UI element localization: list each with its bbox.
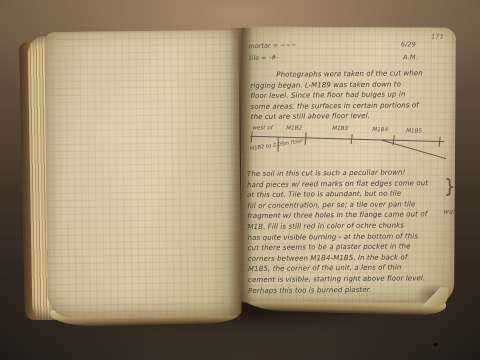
diagram-label: M1B2 (286, 126, 302, 132)
margin-brace: } (444, 176, 456, 198)
legend-tile: tile = -#- (249, 52, 297, 65)
margin-note: wall (444, 209, 457, 216)
legend-mortar: mortar = ~~~ (248, 40, 296, 53)
diagram-annotation: M1B2 to 2.05m floor (250, 138, 304, 152)
symbol-legend: mortar = ~~~ tile = -#- (248, 40, 296, 65)
table-speck (433, 342, 439, 347)
right-page: 171 6/29 A.M. mortar = ~~~ tile = -#- Ph… (240, 26, 456, 303)
section-sketch: west of M1B2 M1B3 M1B4 M1B5 M1B2 to 2.05… (244, 120, 452, 165)
diagram-label: M1B4 (372, 127, 388, 133)
date-note: 6/29 (401, 40, 416, 48)
meridiem-note: A.M. (403, 53, 418, 61)
left-page-blank (44, 30, 241, 318)
diagram-label: M1B5 (406, 128, 422, 134)
paragraph-soil-description: The soil in this cut is such a peculiar … (247, 167, 451, 296)
page-number: 171 (431, 33, 444, 41)
gutter-crease (229, 28, 253, 320)
floor-slope-line (382, 140, 446, 158)
notebook-photo: 171 6/29 A.M. mortar = ~~~ tile = -#- Ph… (0, 0, 480, 360)
handwritten-line: Photographs were taken of the cut when (250, 68, 445, 81)
diagram-label: west of (252, 125, 273, 131)
diagram-label: M1B3 (332, 126, 348, 132)
paragraph-photographs: Photographs were taken of the cut when r… (250, 68, 446, 123)
